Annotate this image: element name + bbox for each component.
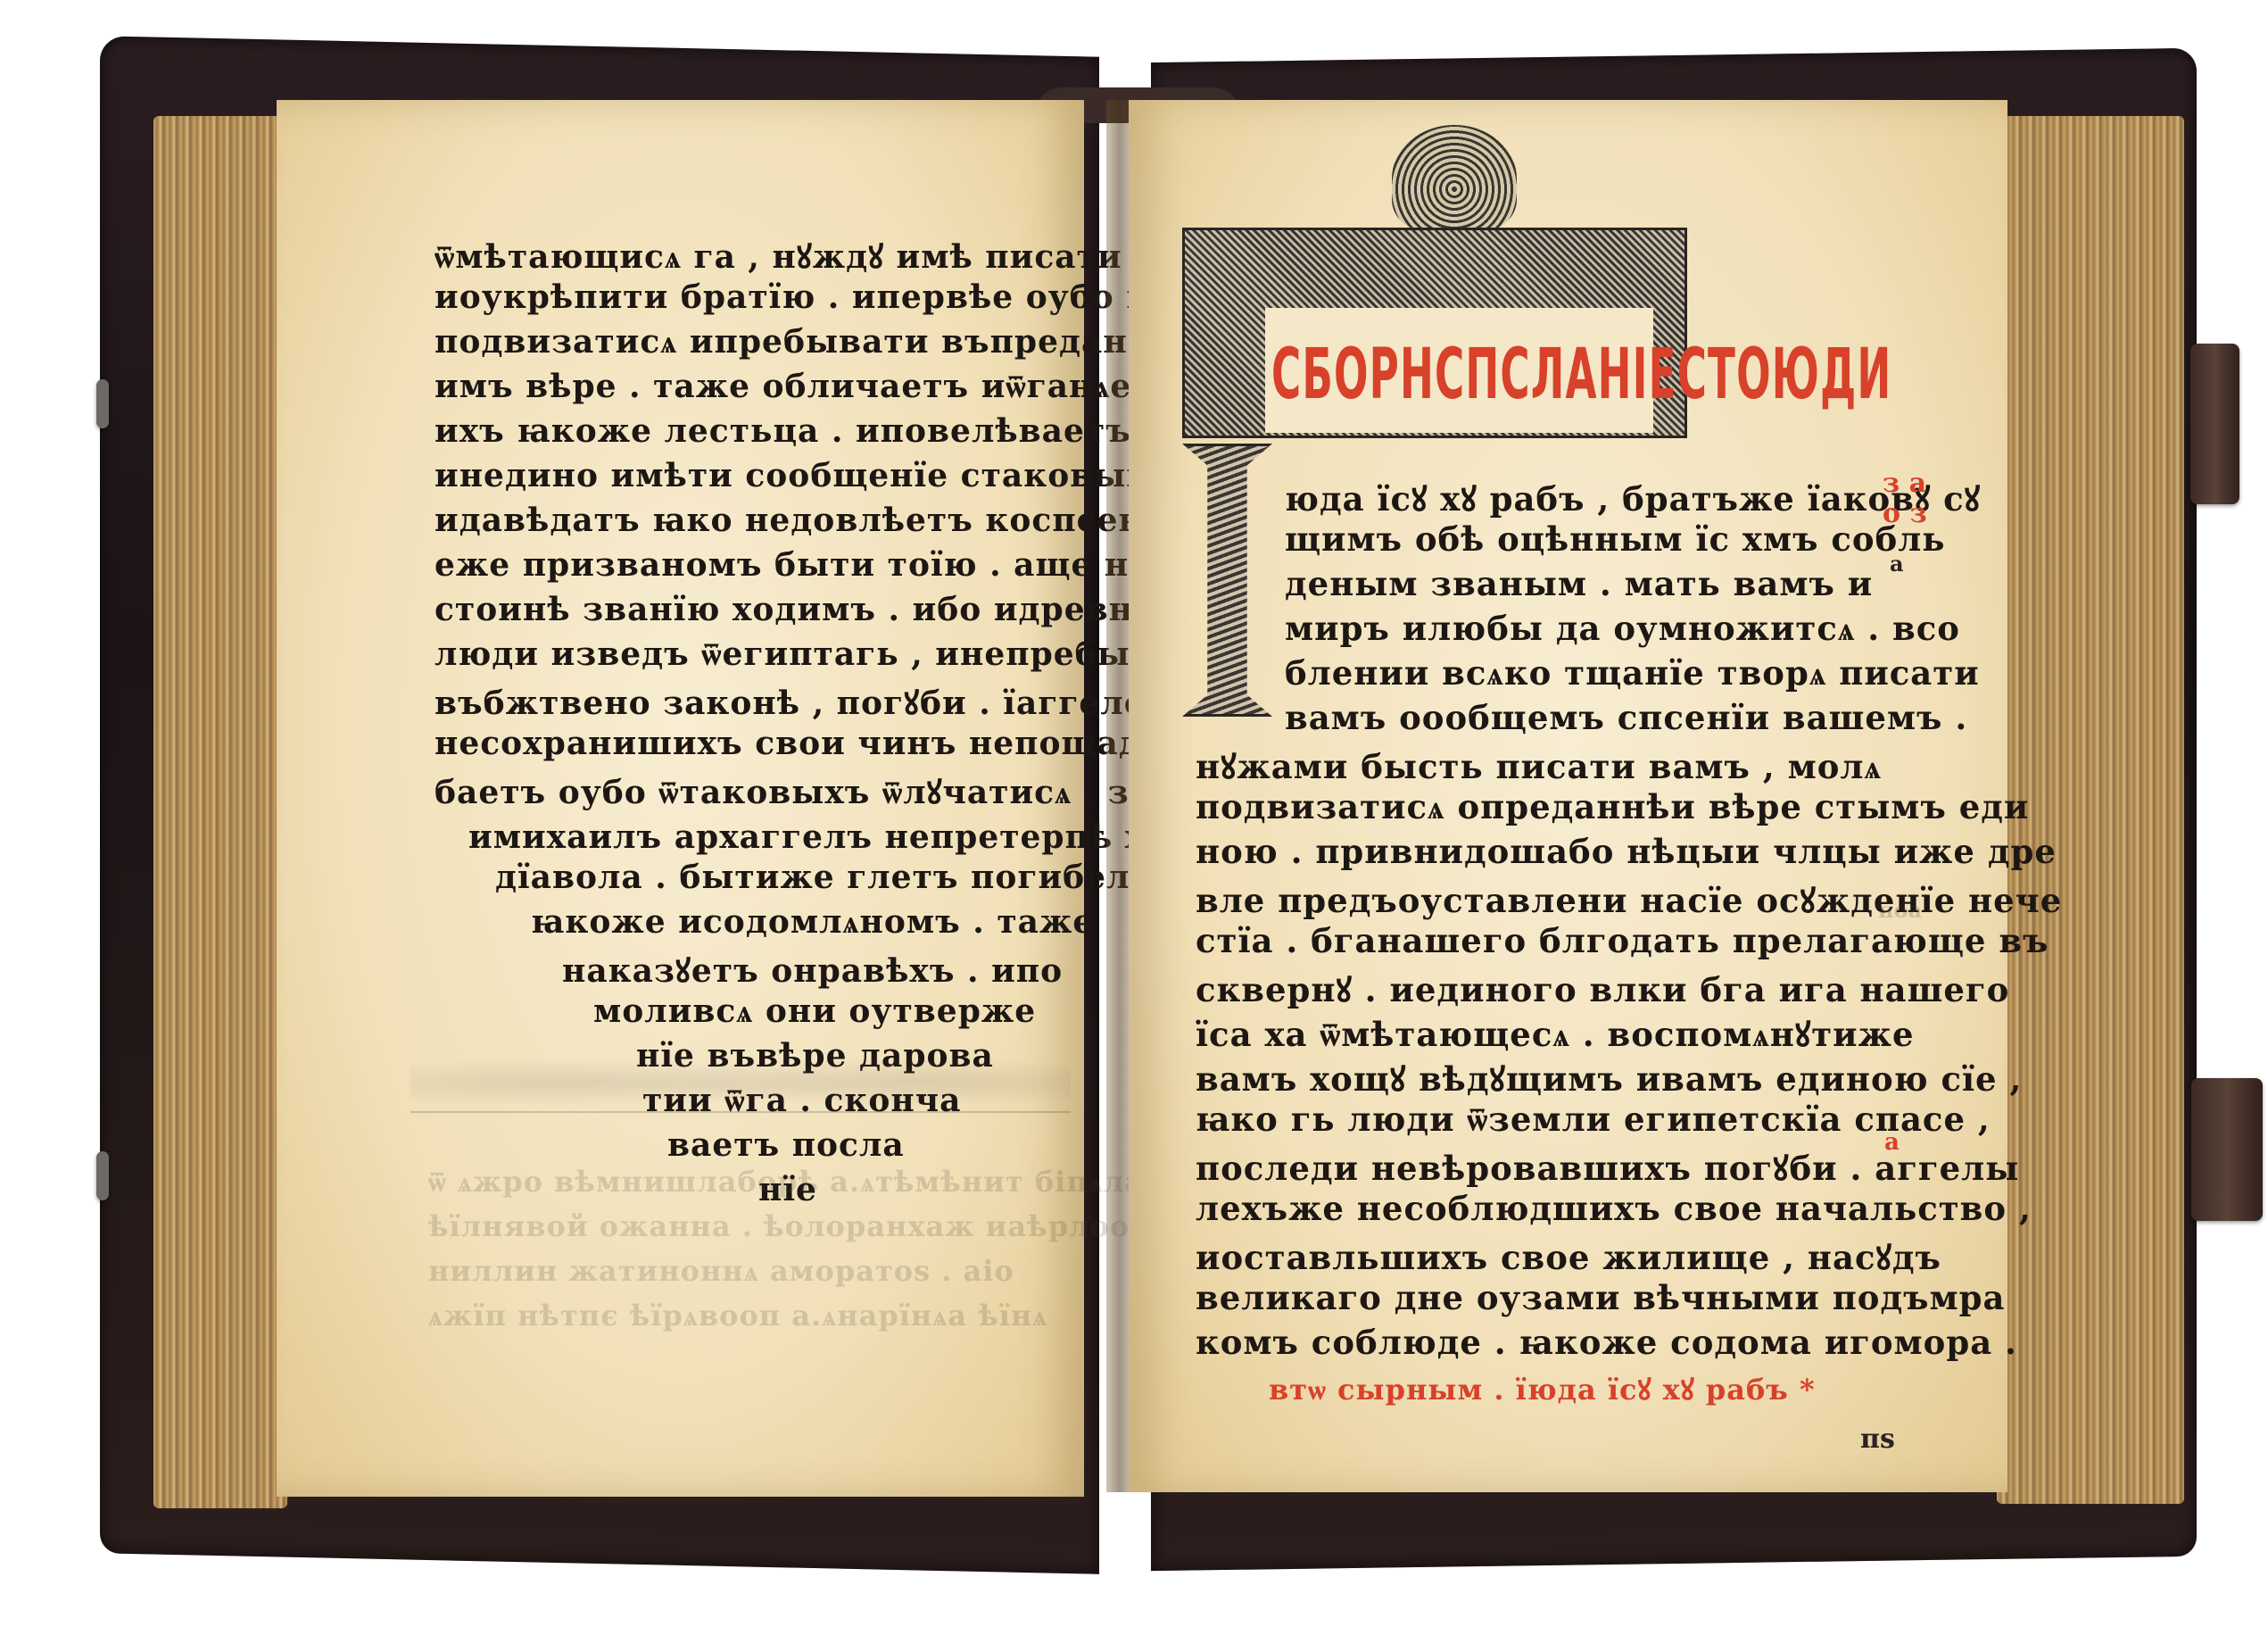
margin-note-red-upper-1: з а — [1883, 469, 1927, 499]
left-line-15: дїавола . бытиже глетъ погибелии — [495, 859, 1180, 896]
lower-clasp-strap — [2191, 1078, 2263, 1221]
right-line-19: великаго дне оузами вѣчными подъмра — [1196, 1278, 2006, 1317]
margin-note-red-upper: з а о з — [1883, 469, 1927, 529]
right-line-4: миръ илюбы да оумножитсѧ . всо — [1285, 609, 1960, 649]
showthrough-line-1: ѿ ѧжро вѣмнишлаборѣ а.ѧтѣмѣнит біпѧлаоа — [428, 1165, 1183, 1199]
right-line-1: юда їсꙋ хꙋ рабъ , братъже їаковꙋ сꙋ — [1285, 475, 1981, 520]
right-line-7: нꙋжами бысть писати вамъ , молѧ — [1196, 743, 1882, 788]
left-line-16: ꙗкоже исодомлѧномъ . таже — [531, 903, 1094, 941]
margin-showthrough: ноа — [1878, 897, 1922, 923]
left-clasp-pin-lower — [96, 1151, 109, 1200]
left-line-6: инедино имѣти сообщенїе стаковыми . — [435, 457, 1204, 494]
left-line-13: баетъ оубо ѿтаковыхъ ѿлꙋчатисѧ . зане — [435, 769, 1196, 813]
left-line-9: стоинѣ званїю ходимъ . ибо идревнїѧ — [435, 591, 1163, 628]
left-line-14: имихаилъ архаггелъ непретерпѣ хꙋлы — [468, 814, 1218, 858]
right-line-6: вамъ оообщемъ спсенїи вашемъ . — [1285, 698, 1967, 737]
left-clasp-pin-upper — [96, 379, 109, 428]
right-line-10: вле предъоуставлени насїе осꙋжденїе нече — [1196, 876, 2062, 922]
headpiece-crown-ornament — [1392, 125, 1517, 232]
left-line-21: ваетъ посла — [667, 1126, 905, 1164]
right-line-2: щимъ обѣ оцѣнным їс хмъ собль — [1285, 519, 1945, 559]
left-line-4: имъ вѣре . таже обличаетъ иѿганѧетъ — [435, 368, 1178, 405]
upper-clasp-strap — [2190, 344, 2239, 504]
margin-note-red-lower: а — [1884, 1129, 1900, 1156]
left-line-18: моливсѧ они оутверже — [593, 992, 1036, 1030]
right-line-14: вамъ хощꙋ вѣдꙋщимъ ивамъ единою сїе , — [1196, 1055, 2022, 1100]
left-line-8: еже призваномъ быти тоїю . аще недо — [435, 546, 1195, 584]
right-line-11: стїа . бганашего блгодать прелагающе въ — [1196, 921, 2049, 960]
left-line-17: наказꙋетъ онравѣхъ . ипо — [562, 948, 1063, 992]
showthrough-line-2: ѣїлнявой ожанна . ѣолоранхаж иаѣрлоо — [428, 1209, 1130, 1243]
left-line-1: ѿмѣтающисѧ га , нꙋждꙋ имѣ писати . — [435, 234, 1146, 278]
right-line-3: деным званым . мать вамъ и — [1285, 564, 1873, 603]
right-line-20: комъ соблюде . ꙗкоже содома игомора . — [1196, 1323, 2017, 1362]
left-line-3: подвизатисѧ ипребывати въпреданнѣи — [435, 323, 1200, 361]
headpiece-title: СБОРНСПСЛАНІЕСТОЮДИ — [1271, 335, 1891, 415]
left-line-7: идавѣдатъ ꙗко недовлѣетъ коспсенїю , — [435, 502, 1214, 539]
right-line-18: иоставльшихъ свое жилище , насꙋдъ — [1196, 1233, 1941, 1279]
right-line-15: ꙗко гь люди ѿземли египетскїа спасе , — [1196, 1100, 1991, 1140]
tailpiece-ornament-showthrough — [410, 1040, 1071, 1113]
rubric-footer: втѡ сырным . їюда їсꙋ хꙋ рабъ * — [1269, 1370, 1816, 1408]
left-fore-edge — [153, 116, 287, 1508]
right-line-5: блении всѧко тщанїе творѧ писати — [1285, 653, 1980, 693]
showthrough-line-3: ниллин жатиноннѧ аморатоѕ . аіо — [428, 1254, 1014, 1288]
showthrough-line-4: ѧжїп нѣтпє ѣїрѧвооп а.ѧнарїнѧа ѣїнѧ — [428, 1299, 1047, 1332]
right-line-9: ною . привнидошабо нѣцыи члцы иже дре — [1196, 832, 2057, 871]
right-line-13: їса ха ѿмѣтающесѧ . воспомѧнꙋтиже — [1196, 1010, 1915, 1056]
signature-mark: пѕ — [1860, 1424, 1895, 1455]
right-line-12: сквернꙋ . иединого влки бга ига нашего — [1196, 966, 2009, 1011]
margin-note-red-upper-2: о з — [1883, 499, 1927, 529]
right-line-17: лехъже несоблюдшихъ свое начальство , — [1196, 1189, 2032, 1228]
margin-note-black: а — [1890, 551, 1904, 577]
right-line-8: подвизатисѧ опреданнѣи вѣре стымъ еди — [1196, 787, 2029, 827]
